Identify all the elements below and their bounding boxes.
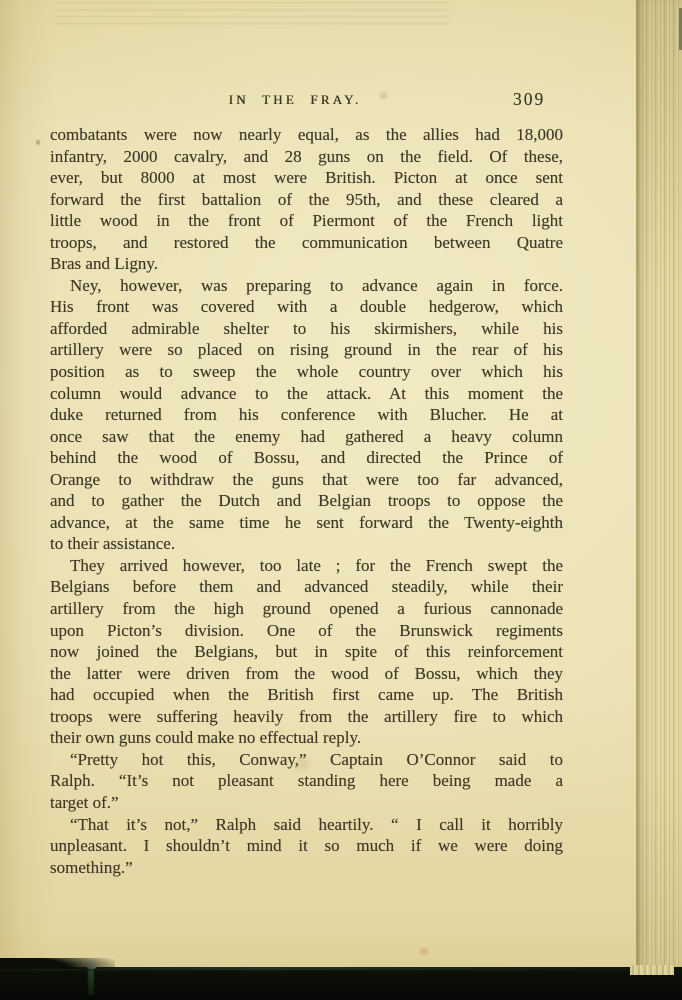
text-line: unpleasant. I shouldn’t mind it so much … bbox=[50, 835, 563, 857]
text-line: target of.” bbox=[50, 792, 563, 814]
text-line: artillery from the high ground opened a … bbox=[50, 598, 563, 620]
bottom-left-corner-shadow bbox=[0, 958, 115, 969]
text-line: once saw that the enemy had gathered a h… bbox=[50, 426, 563, 448]
page-edge-stack bbox=[636, 0, 682, 967]
paragraph: They arrived however, too late ; for the… bbox=[50, 555, 563, 749]
page-top-edge-texture bbox=[55, 2, 450, 27]
text-line: Ralph. “It’s not pleasant standing here … bbox=[50, 770, 563, 792]
scan-background-band bbox=[0, 967, 682, 1000]
running-title: IN THE FRAY. bbox=[229, 92, 362, 108]
text-line: troops, and restored the communication b… bbox=[50, 232, 563, 254]
text-line: “That it’s not,” Ralph said heartily. “ … bbox=[50, 814, 563, 836]
text-line: infantry, 2000 cavalry, and 28 guns on t… bbox=[50, 146, 563, 168]
ink-speck bbox=[36, 140, 40, 145]
paragraph: Ney, however, was preparing to advance a… bbox=[50, 275, 563, 555]
text-block: combatants were now nearly equal, as the… bbox=[50, 124, 563, 878]
text-line: behind the wood of Bossu, and directed t… bbox=[50, 447, 563, 469]
text-line: little wood in the front of Piermont of … bbox=[50, 210, 563, 232]
page-corner-step bbox=[630, 965, 674, 975]
text-line: had occupied when the British first came… bbox=[50, 684, 563, 706]
book-page-paper: IN THE FRAY. 309 combatants were now nea… bbox=[0, 0, 682, 967]
foxing-spot bbox=[380, 92, 387, 99]
page-number: 309 bbox=[513, 89, 545, 110]
text-line: combatants were now nearly equal, as the… bbox=[50, 124, 563, 146]
text-line: their own guns could make no effectual r… bbox=[50, 727, 563, 749]
text-line: His front was covered with a double hedg… bbox=[50, 296, 563, 318]
text-line: “Pretty hot this, Conway,” Captain O’Con… bbox=[50, 749, 563, 771]
text-line: troops were suffering heavily from the a… bbox=[50, 706, 563, 728]
foxing-spot bbox=[420, 948, 428, 955]
text-line: afforded admirable shelter to his skirmi… bbox=[50, 318, 563, 340]
text-line: the latter were driven from the wood of … bbox=[50, 663, 563, 685]
paragraph: “Pretty hot this, Conway,” Captain O’Con… bbox=[50, 749, 563, 814]
text-line: Belgians before them and advanced steadi… bbox=[50, 576, 563, 598]
text-line: to their assistance. bbox=[50, 533, 563, 555]
text-line: Orange to withdraw the guns that were to… bbox=[50, 469, 563, 491]
text-line: Ney, however, was preparing to advance a… bbox=[50, 275, 563, 297]
text-line: upon Picton’s division. One of the Bruns… bbox=[50, 620, 563, 642]
text-line: now joined the Belgians, but in spite of… bbox=[50, 641, 563, 663]
text-line: something.” bbox=[50, 857, 563, 879]
text-line: position as to sweep the whole country o… bbox=[50, 361, 563, 383]
text-line: column would advance to the attack. At t… bbox=[50, 383, 563, 405]
text-line: forward the first battalion of the 95th,… bbox=[50, 189, 563, 211]
corner-reflection-streak bbox=[88, 970, 94, 995]
text-line: advance, at the same time he sent forwar… bbox=[50, 512, 563, 534]
text-line: They arrived however, too late ; for the… bbox=[50, 555, 563, 577]
text-line: and to gather the Dutch and Belgian troo… bbox=[50, 490, 563, 512]
text-line: artillery were so placed on rising groun… bbox=[50, 339, 563, 361]
text-line: duke returned from his conference with B… bbox=[50, 404, 563, 426]
text-line: Bras and Ligny. bbox=[50, 253, 563, 275]
paragraph: “That it’s not,” Ralph said heartily. “ … bbox=[50, 814, 563, 879]
scanned-book-page: IN THE FRAY. 309 combatants were now nea… bbox=[0, 0, 682, 1000]
text-line: ever, but 8000 at most were British. Pic… bbox=[50, 167, 563, 189]
paragraph: combatants were now nearly equal, as the… bbox=[50, 124, 563, 275]
